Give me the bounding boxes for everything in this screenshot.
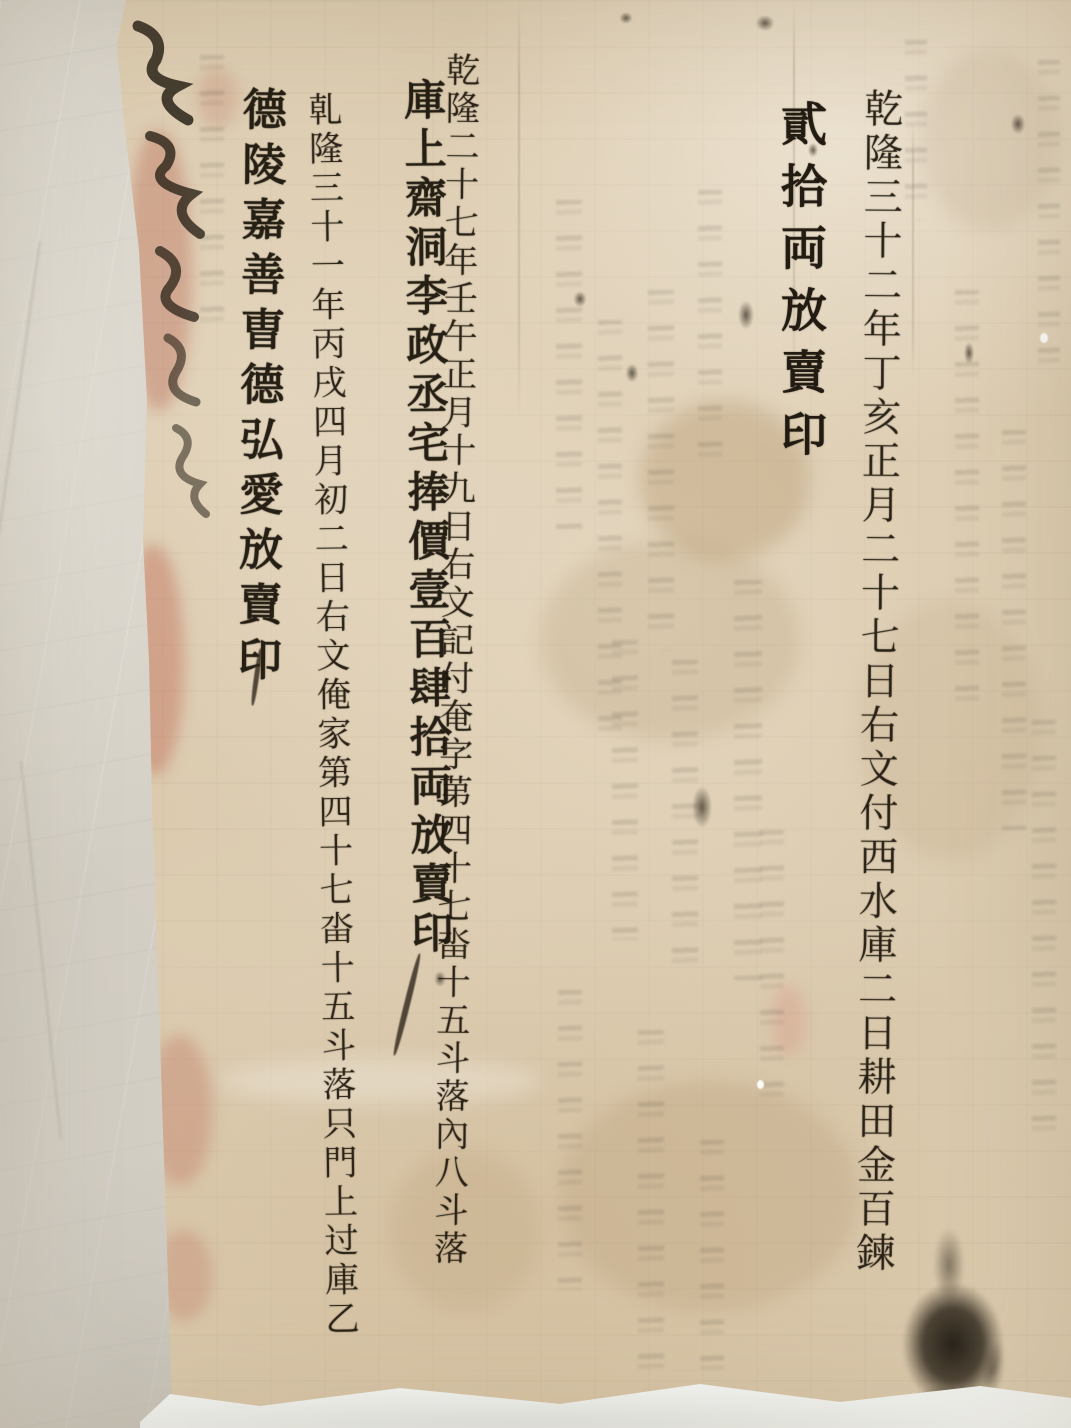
paper-crease xyxy=(20,761,62,1139)
ink-speck xyxy=(1008,110,1028,138)
bleed-through-marks xyxy=(638,1030,664,1370)
bleed-through-marks xyxy=(734,580,762,980)
text-column-right-date: 乾隆三十二年丁亥正月二十七日右文付西水庫二日耕田金百鍊 xyxy=(844,88,908,1276)
ink-speck xyxy=(623,360,641,386)
bleed-through-marks xyxy=(1032,720,1056,1140)
ink-speck xyxy=(688,778,716,836)
bleed-through-marks xyxy=(760,830,784,1110)
document-photo: 乾隆三十二年丁亥正月二十七日右文付西水庫二日耕田金百鍊 貳拾両放賣印 乾隆二十七… xyxy=(0,0,1071,1428)
bleed-through-marks xyxy=(1002,430,1026,830)
ink-speck xyxy=(962,338,976,368)
bleed-through-marks xyxy=(1038,60,1060,380)
paper-crease xyxy=(518,0,520,420)
ink-speck xyxy=(752,12,778,34)
paper-crease xyxy=(912,120,914,380)
text-column-left-seller: 德陵嘉善曺德弘愛放賣印 xyxy=(223,86,292,692)
text-column-right-price: 貳拾両放賣印 xyxy=(768,100,834,472)
bleed-through-marks xyxy=(558,990,582,1290)
ink-speck xyxy=(735,295,757,335)
text-column-left-price: 庫上齋洞李政丞宅捧價壹百肆拾両放賣印 xyxy=(392,77,460,959)
bleed-through-marks xyxy=(648,290,674,650)
bleed-through-marks xyxy=(556,200,582,530)
text-column-left-date: 乹隆三十一年丙戌四月初二日右文俺家第四十七畓十五斗落只門上过庫乙 xyxy=(298,91,364,1340)
light-crease-band xyxy=(220,1058,540,1104)
paper-fleck xyxy=(757,1080,764,1089)
bleed-through-marks xyxy=(612,640,638,940)
paper-fleck xyxy=(1040,333,1048,343)
paper-crease xyxy=(0,241,41,538)
bleed-through-marks xyxy=(905,40,927,220)
torn-edge-ink-strokes xyxy=(100,8,210,548)
bleed-through-marks xyxy=(700,1140,724,1370)
ink-speck xyxy=(617,10,635,26)
ink-speck xyxy=(571,288,589,310)
signature-flourish xyxy=(391,953,422,1056)
bleed-through-marks xyxy=(698,190,722,470)
